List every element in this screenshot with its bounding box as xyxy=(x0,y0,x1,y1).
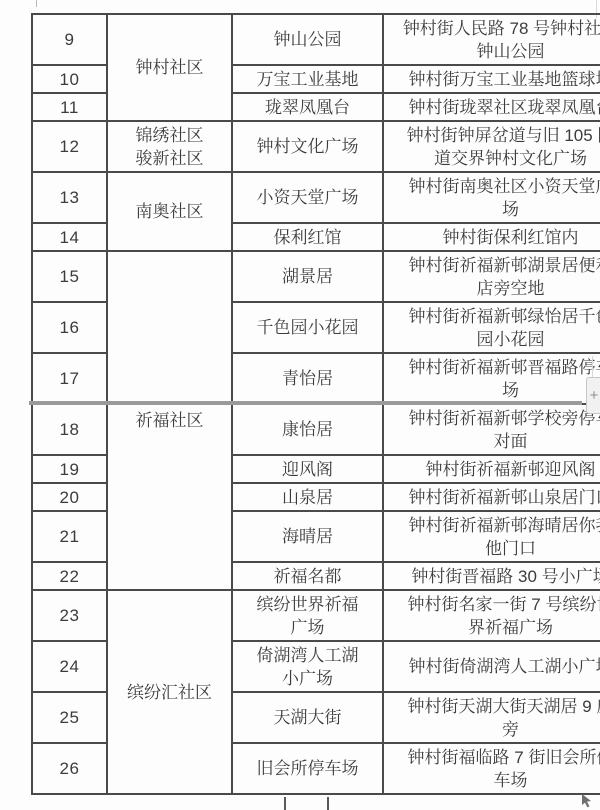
row-number-cell[interactable]: 23 xyxy=(32,590,107,641)
place-name-cell[interactable]: 迎风阁 xyxy=(232,455,383,483)
place-name-cell-text: 祈福名都 xyxy=(274,567,342,586)
address-cell-text: 钟村街钟屏岔道与旧 105 国 道交界钟村文化广场 xyxy=(407,126,600,168)
place-name-cell-text: 钟山公园 xyxy=(274,30,342,49)
address-cell-text: 钟村街名家一街 7 号缤纷世 界祈福广场 xyxy=(408,595,600,637)
community-cell[interactable]: 锦绣社区 骏新社区 xyxy=(107,121,232,172)
address-cell-text: 钟村街万宝工业基地篮球场 xyxy=(409,70,600,89)
row-number-cell-text: 23 xyxy=(60,606,80,625)
address-cell-text: 钟村街天湖大街天湖居 9 座 旁 xyxy=(408,697,600,739)
community-cell[interactable]: 钟村社区 xyxy=(107,14,232,121)
place-name-cell-text: 湖景居 xyxy=(282,267,333,286)
row-number-cell[interactable]: 20 xyxy=(32,483,107,511)
plus-icon: + xyxy=(590,388,599,403)
community-cell-text: 南奥社区 xyxy=(136,202,204,221)
row-number-cell-text: 19 xyxy=(60,460,80,479)
place-name-cell[interactable]: 湖景居 xyxy=(232,251,383,302)
place-name-cell[interactable]: 海晴居 xyxy=(232,511,383,562)
address-cell-text: 钟村街人民路 78 号钟村社区 钟山公园 xyxy=(403,19,600,61)
address-cell-text: 钟村街祈福新邨湖景居便利 店旁空地 xyxy=(409,256,600,298)
address-cell[interactable]: 钟村街祈福新邨晋福路停车 场 xyxy=(383,353,600,404)
place-name-cell-text: 千色园小花园 xyxy=(257,318,359,337)
address-cell[interactable]: 钟村街珑翠社区珑翠凤凰台 xyxy=(383,93,600,121)
page-break-divider xyxy=(29,401,582,405)
row-number-cell[interactable]: 11 xyxy=(32,93,107,121)
place-name-cell-text: 珑翠凤凰台 xyxy=(265,98,350,117)
place-name-cell[interactable]: 保利红馆 xyxy=(232,223,383,251)
address-cell[interactable]: 钟村街祈福新邨海晴居你我 他门口 xyxy=(383,511,600,562)
place-name-cell-text: 迎风阁 xyxy=(282,460,333,479)
community-cell-text: 钟村社区 xyxy=(136,58,204,77)
top-edge-tick xyxy=(36,0,37,7)
place-name-cell-text: 钟村文化广场 xyxy=(257,137,359,156)
address-cell-text: 钟村街保利红馆内 xyxy=(443,228,579,247)
row-number-cell[interactable]: 19 xyxy=(32,455,107,483)
address-cell-text: 钟村街祈福新邨学校旁停车 对面 xyxy=(409,409,600,451)
row-number-cell[interactable]: 17 xyxy=(32,353,107,404)
address-cell-text: 钟村街晋福路 30 号小广场 xyxy=(411,567,600,586)
address-cell[interactable]: 钟村街名家一街 7 号缤纷世 界祈福广场 xyxy=(383,590,600,641)
place-name-cell[interactable]: 万宝工业基地 xyxy=(232,65,383,93)
row-number-cell-text: 16 xyxy=(60,318,80,337)
place-name-cell[interactable]: 山泉居 xyxy=(232,483,383,511)
place-name-cell-text: 青怡居 xyxy=(282,369,333,388)
address-cell-text: 钟村街祈福新邨海晴居你我 他门口 xyxy=(409,516,600,558)
place-name-cell[interactable]: 康怡居 xyxy=(232,404,383,455)
place-name-cell[interactable]: 祈福名都 xyxy=(232,562,383,590)
place-name-cell[interactable]: 青怡居 xyxy=(232,353,383,404)
row-number-cell[interactable]: 14 xyxy=(32,223,107,251)
address-cell[interactable]: 钟村街福临路 7 街旧会所停 车场 xyxy=(383,743,600,794)
row-number-cell-text: 25 xyxy=(60,708,80,727)
address-cell[interactable]: 钟村街祈福新邨山泉居门口 xyxy=(383,483,600,511)
address-cell-text: 钟村街祈福新邨山泉居门口 xyxy=(409,488,600,507)
row-number-cell-text: 22 xyxy=(60,567,80,586)
row-number-cell[interactable]: 12 xyxy=(32,121,107,172)
table-row: 23缤纷汇社区缤纷世界祈福 广场钟村街名家一街 7 号缤纷世 界祈福广场 xyxy=(32,590,600,641)
community-cell-text: 祈福社区 xyxy=(136,411,204,430)
place-name-cell[interactable]: 小资天堂广场 xyxy=(232,172,383,223)
place-name-cell-text: 山泉居 xyxy=(282,488,333,507)
row-number-cell-text: 21 xyxy=(60,527,80,546)
address-cell[interactable]: 钟村街祈福新邨湖景居便利 店旁空地 xyxy=(383,251,600,302)
row-number-cell[interactable]: 16 xyxy=(32,302,107,353)
address-cell-text: 钟村街南奥社区小资天堂广 场 xyxy=(409,177,600,219)
address-cell[interactable]: 钟村街倚湖湾人工湖小广场 xyxy=(383,641,600,692)
table-row: 9钟村社区钟山公园钟村街人民路 78 号钟村社区 钟山公园 xyxy=(32,14,600,65)
place-name-cell[interactable]: 倚湖湾人工湖 小广场 xyxy=(232,641,383,692)
row-number-cell[interactable]: 18 xyxy=(32,404,107,455)
row-number-cell-text: 9 xyxy=(65,30,75,49)
address-cell[interactable]: 钟村街钟屏岔道与旧 105 国 道交界钟村文化广场 xyxy=(383,121,600,172)
scrollbar-plus-button[interactable]: + xyxy=(586,377,600,414)
community-cell-text: 缤纷汇社区 xyxy=(127,683,212,702)
address-cell[interactable]: 钟村街万宝工业基地篮球场 xyxy=(383,65,600,93)
row-number-cell[interactable]: 26 xyxy=(32,743,107,794)
row-number-cell[interactable]: 24 xyxy=(32,641,107,692)
place-name-cell-text: 小资天堂广场 xyxy=(257,188,359,207)
address-cell-text: 钟村街祈福新邨迎风阁 xyxy=(426,460,596,479)
row-number-cell-text: 18 xyxy=(60,420,80,439)
row-number-cell-text: 12 xyxy=(60,137,80,156)
place-name-cell-text: 天湖大街 xyxy=(274,708,342,727)
address-cell[interactable]: 钟村街人民路 78 号钟村社区 钟山公园 xyxy=(383,14,600,65)
address-cell[interactable]: 钟村街祈福新邨迎风阁 xyxy=(383,455,600,483)
address-cell[interactable]: 钟村街祈福新邨学校旁停车 对面 xyxy=(383,404,600,455)
place-name-cell[interactable]: 旧会所停车场 xyxy=(232,743,383,794)
row-number-cell-text: 26 xyxy=(60,759,80,778)
place-name-cell[interactable]: 钟村文化广场 xyxy=(232,121,383,172)
row-number-cell-text: 13 xyxy=(60,188,80,207)
scrollbar-track-line xyxy=(592,356,593,377)
row-number-cell[interactable]: 22 xyxy=(32,562,107,590)
place-name-cell[interactable]: 珑翠凤凰台 xyxy=(232,93,383,121)
place-name-cell[interactable]: 天湖大街 xyxy=(232,692,383,743)
address-cell-text: 钟村街珑翠社区珑翠凤凰台 xyxy=(409,98,600,117)
place-name-cell-text: 缤纷世界祈福 广场 xyxy=(257,595,359,637)
place-name-cell[interactable]: 缤纷世界祈福 广场 xyxy=(232,590,383,641)
place-name-cell[interactable]: 钟山公园 xyxy=(232,14,383,65)
community-cell-text: 锦绣社区 骏新社区 xyxy=(136,126,204,168)
address-cell-text: 钟村街祈福新邨晋福路停车 场 xyxy=(409,358,600,400)
row-number-cell-text: 20 xyxy=(60,488,80,507)
mouse-cursor-icon xyxy=(581,794,593,808)
next-row-border-right xyxy=(327,797,329,810)
row-number-cell[interactable]: 10 xyxy=(32,65,107,93)
row-number-cell[interactable]: 15 xyxy=(32,251,107,302)
table-row: 15祈福社区湖景居钟村街祈福新邨湖景居便利 店旁空地 xyxy=(32,251,600,302)
address-cell[interactable]: 钟村街天湖大街天湖居 9 座 旁 xyxy=(383,692,600,743)
row-number-cell-text: 24 xyxy=(60,657,80,676)
community-cell[interactable]: 缤纷汇社区 xyxy=(107,590,232,794)
next-row-border-left xyxy=(284,797,286,810)
place-name-cell-text: 万宝工业基地 xyxy=(257,70,359,89)
row-number-cell-text: 15 xyxy=(60,267,80,286)
row-number-cell-text: 11 xyxy=(60,98,79,117)
place-name-cell-text: 海晴居 xyxy=(282,527,333,546)
address-cell[interactable]: 钟村街南奥社区小资天堂广 场 xyxy=(383,172,600,223)
address-cell-text: 钟村街倚湖湾人工湖小广场 xyxy=(409,657,600,676)
address-cell[interactable]: 钟村街保利红馆内 xyxy=(383,223,600,251)
address-cell[interactable]: 钟村街祈福新邨绿怡居千色 园小花园 xyxy=(383,302,600,353)
table-row: 13南奥社区小资天堂广场钟村街南奥社区小资天堂广 场 xyxy=(32,172,600,223)
community-cell[interactable]: 祈福社区 xyxy=(107,251,232,590)
row-number-cell-text: 17 xyxy=(60,369,80,388)
address-cell-text: 钟村街祈福新邨绿怡居千色 园小花园 xyxy=(409,307,600,349)
address-cell[interactable]: 钟村街晋福路 30 号小广场 xyxy=(383,562,600,590)
row-number-cell[interactable]: 13 xyxy=(32,172,107,223)
place-name-cell-text: 康怡居 xyxy=(282,420,333,439)
row-number-cell-text: 14 xyxy=(60,228,80,247)
place-name-cell-text: 保利红馆 xyxy=(274,228,342,247)
place-name-cell-text: 倚湖湾人工湖 小广场 xyxy=(257,646,359,688)
row-number-cell[interactable]: 9 xyxy=(32,14,107,65)
row-number-cell[interactable]: 25 xyxy=(32,692,107,743)
address-cell-text: 钟村街福临路 7 街旧会所停 车场 xyxy=(408,748,600,790)
place-name-cell[interactable]: 千色园小花园 xyxy=(232,302,383,353)
row-number-cell[interactable]: 21 xyxy=(32,511,107,562)
place-name-cell-text: 旧会所停车场 xyxy=(257,759,359,778)
table-row: 12锦绣社区 骏新社区钟村文化广场钟村街钟屏岔道与旧 105 国 道交界钟村文化… xyxy=(32,121,600,172)
row-number-cell-text: 10 xyxy=(60,70,80,89)
community-cell[interactable]: 南奥社区 xyxy=(107,172,232,251)
